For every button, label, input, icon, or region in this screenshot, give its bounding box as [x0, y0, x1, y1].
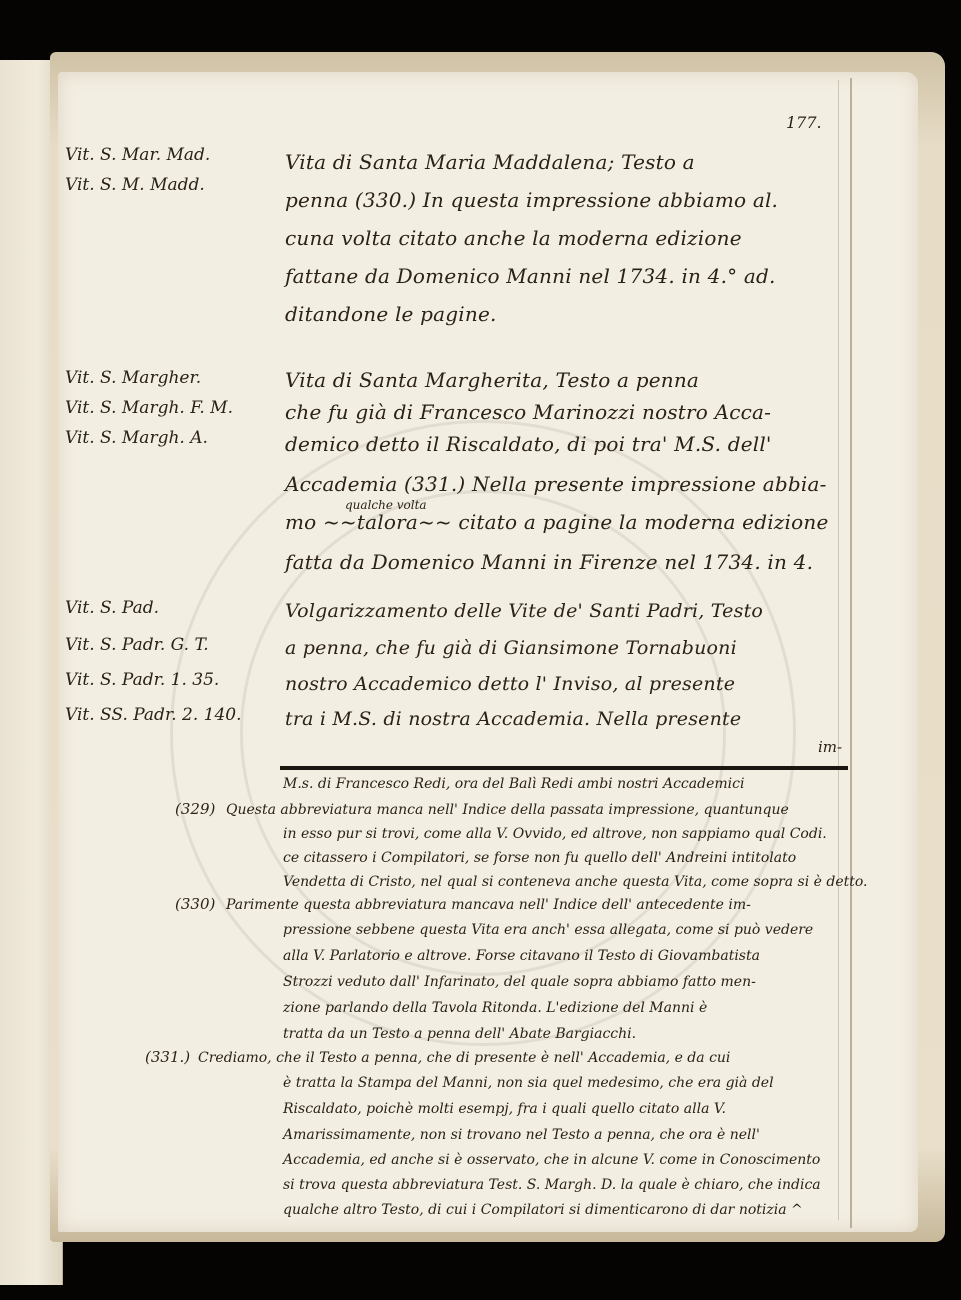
entry-line: che fu già di Francesco Marinozzi nostro…: [285, 400, 771, 424]
footnote-marker: (331.): [145, 1048, 190, 1066]
footnote-line: si trova questa abbreviatura Test. S. Ma…: [283, 1177, 821, 1193]
footnote-line: in esso pur si trovi, come alla V. Ovvid…: [283, 826, 827, 842]
entry-line: mo ~~talora~~ citato a pagine la moderna…: [285, 510, 828, 534]
margin-abbrev: Vit. S. Padr. G. T.: [65, 635, 209, 655]
margin-abbrev: Vit. S. Padr. 1. 35.: [65, 670, 219, 690]
entry-line: nostro Accademico detto l' Inviso, al pr…: [285, 673, 735, 695]
entry-line: penna (330.) In questa impressione abbia…: [285, 188, 778, 212]
entry-line: Accademia (331.) Nella presente impressi…: [285, 472, 827, 496]
footnote-line: Accademia, ed anche si è osservato, che …: [283, 1152, 820, 1168]
footnote-line: è tratta la Stampa del Manni, non sia qu…: [283, 1075, 774, 1091]
entry-line: cuna volta citato anche la moderna edizi…: [285, 226, 742, 250]
footnote-line: zione parlando della Tavola Ritonda. L'e…: [283, 1000, 707, 1016]
margin-abbrev: Vit. S. Margher.: [65, 368, 201, 388]
page-fold-line: [838, 80, 839, 1220]
hyphen-carry: im-: [818, 738, 842, 756]
footnote-line: ce citassero i Compilatori, se forse non…: [283, 850, 796, 866]
margin-abbrev: Vit. S. Margh. A.: [65, 428, 208, 448]
footnote-line: qualche altro Testo, di cui i Compilator…: [283, 1202, 803, 1218]
footnote-line: Questa abbreviatura manca nell' Indice d…: [226, 802, 789, 818]
footnote-separator-rule: [280, 766, 848, 770]
entry-line: Volgarizzamento delle Vite de' Santi Pad…: [285, 600, 763, 622]
margin-abbrev: Vit. S. Pad.: [65, 598, 159, 618]
entry-line: fattane da Domenico Manni nel 1734. in 4…: [285, 264, 776, 288]
entry-line: tra i M.S. di nostra Accademia. Nella pr…: [285, 708, 741, 730]
footnote-line: Strozzi veduto dall' Infarinato, del qua…: [283, 974, 756, 990]
footnote-line: pressione sebbene questa Vita era anch' …: [283, 922, 813, 938]
footnote-marker: (329): [175, 800, 215, 818]
footnote-line: alla V. Parlatorio e altrove. Forse cita…: [283, 948, 760, 964]
entry-line: a penna, che fu già di Giansimone Tornab…: [285, 637, 737, 659]
footnote-line: Vendetta di Cristo, nel qual si contenev…: [283, 874, 868, 890]
margin-abbrev: Vit. SS. Padr. 2. 140.: [65, 705, 241, 725]
entry-line: Vita di Santa Maria Maddalena; Testo a: [285, 150, 695, 174]
entry-line: demico detto il Riscaldato, di poi tra' …: [285, 432, 772, 456]
entry-line: fatta da Domenico Manni in Firenze nel 1…: [285, 550, 813, 574]
entry-line: ditandone le pagine.: [285, 302, 497, 326]
footnote-line: Parimente questa abbreviatura mancava ne…: [226, 897, 751, 913]
footnote-marker: (330): [175, 895, 215, 913]
footnote-line: Amarissimamente, non si trovano nel Test…: [283, 1127, 760, 1143]
footnote-continuation: M.s. di Francesco Redi, ora del Balì Red…: [283, 776, 744, 792]
footnote-line: Crediamo, che il Testo a penna, che di p…: [198, 1050, 730, 1066]
entry-line: Vita di Santa Margherita, Testo a penna: [285, 368, 699, 392]
page-number: 177.: [786, 113, 822, 132]
page-fold-line: [850, 78, 852, 1228]
margin-abbrev: Vit. S. Mar. Mad.: [65, 145, 210, 165]
margin-abbrev: Vit. S. M. Madd.: [65, 175, 205, 195]
footnote-line: Riscaldato, poichè molti esempj, fra i q…: [283, 1101, 726, 1117]
margin-abbrev: Vit. S. Margh. F. M.: [65, 398, 233, 418]
footnote-line: tratta da un Testo a penna dell' Abate B…: [283, 1026, 636, 1042]
